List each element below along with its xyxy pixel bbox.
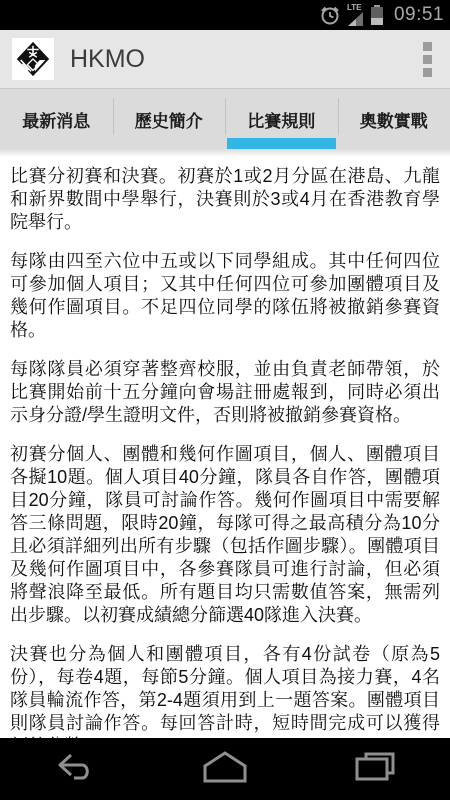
tab-bar-shadow: [0, 149, 450, 157]
tab-history-intro[interactable]: 歷史簡介: [113, 89, 226, 149]
status-bar: LTE 09:51: [0, 0, 450, 30]
rules-paragraph-2: 每隊由四至六位中五或以下同學組成。其中任何四位可參加個人項目；又其中任何四位可參…: [10, 250, 440, 342]
tab-latest-news[interactable]: 最新消息: [0, 89, 113, 149]
tab-olympiad-practice[interactable]: 奧數實戰: [338, 89, 450, 149]
back-icon: [55, 752, 95, 787]
home-button[interactable]: [150, 738, 300, 800]
lte-label: LTE: [347, 4, 362, 12]
recents-icon: [354, 751, 396, 788]
tab-indicator: [227, 138, 336, 149]
tab-label: 最新消息: [22, 107, 90, 132]
nav-bar: [0, 738, 450, 800]
phone-screen: LTE 09:51 HKMO: [0, 0, 450, 800]
tab-label: 歷史簡介: [135, 107, 203, 132]
rules-paragraph-1: 比賽分初賽和決賽。初賽於1或2月分區在港島、九龍和新界數間中學舉行，決賽則於3或…: [10, 165, 440, 234]
tab-label: 奧數實戰: [360, 107, 428, 132]
recents-button[interactable]: [300, 738, 450, 800]
overflow-menu-icon[interactable]: [404, 30, 450, 88]
battery-icon: [370, 4, 384, 26]
lte-signal-icon: LTE: [347, 4, 364, 27]
hkmo-logo-icon: [12, 38, 54, 80]
alarm-clock-icon: [319, 4, 341, 26]
rules-paragraph-5: 決賽也分為個人和團體項目，各有4份試卷（原為5份），每卷4題，每節5分鐘。個人項…: [10, 643, 440, 738]
tab-label: 比賽規則: [247, 107, 315, 132]
status-time: 09:51: [390, 4, 444, 26]
home-icon: [202, 751, 248, 788]
content-area: 比賽分初賽和決賽。初賽於1或2月分區在港島、九龍和新界數間中學舉行，決賽則於3或…: [0, 157, 450, 738]
back-button[interactable]: [0, 738, 150, 800]
app-title: HKMO: [70, 45, 404, 74]
tab-bar: 最新消息 歷史簡介 比賽規則 奧數實戰: [0, 89, 450, 149]
rules-paragraph-4: 初賽分個人、團體和幾何作圖項目，個人、團體項目各擬10題。個人項目40分鐘，隊員…: [10, 443, 440, 627]
tab-competition-rules[interactable]: 比賽規則: [225, 89, 338, 149]
app-bar: HKMO: [0, 30, 450, 89]
rules-paragraph-3: 每隊隊員必須穿著整齊校服，並由負責老師帶領，於比賽開始前十五分鐘向會場註冊處報到…: [10, 358, 440, 427]
